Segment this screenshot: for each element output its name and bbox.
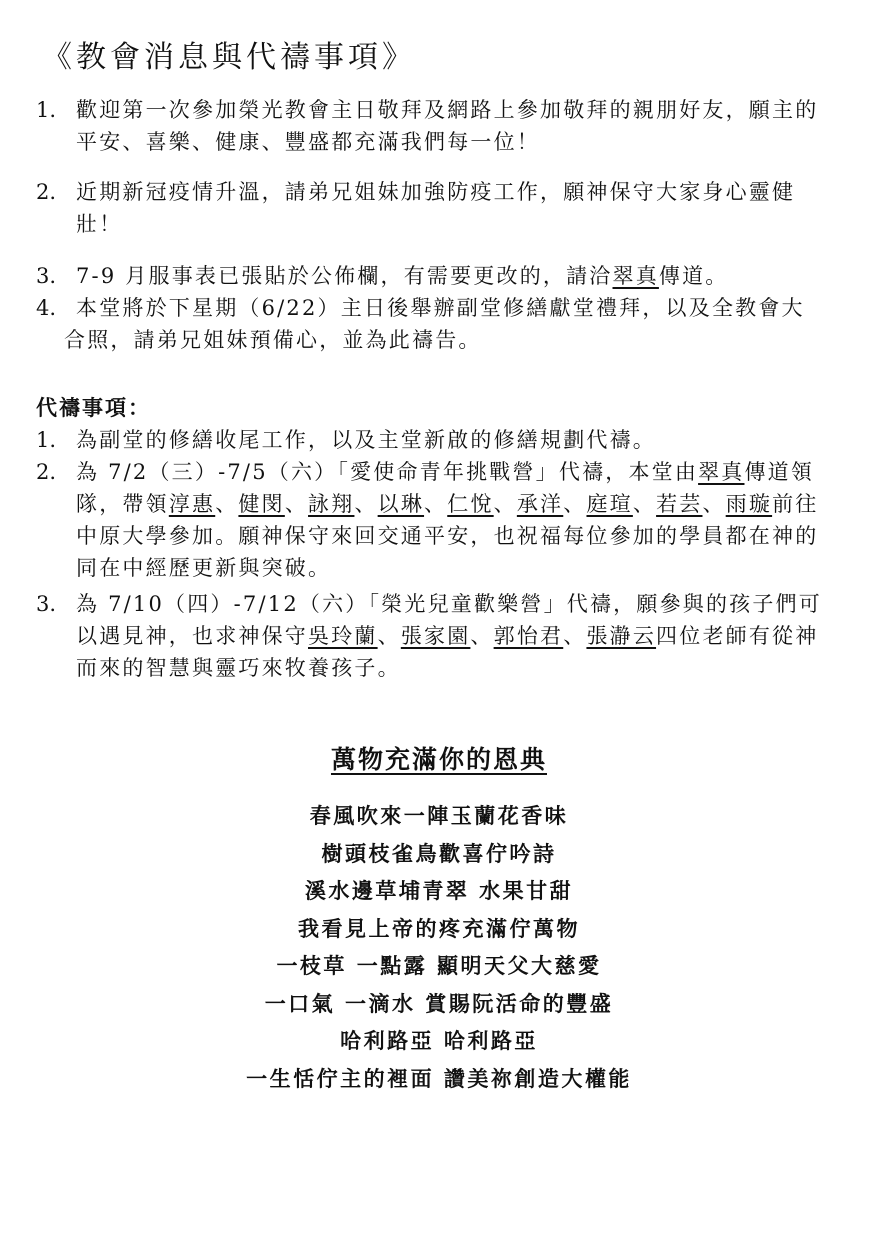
text-segment: 、 bbox=[494, 492, 517, 516]
underlined-name: 健閔 bbox=[238, 492, 284, 516]
underlined-name: 若芸 bbox=[656, 492, 702, 516]
text-segment: 、 bbox=[702, 492, 725, 516]
text-segment: 7-9 月服事表已張貼於公佈欄，有需要更改的，請洽 bbox=[76, 264, 613, 288]
underlined-name: 庭瑄 bbox=[586, 492, 632, 516]
underlined-name: 仁悅 bbox=[447, 492, 493, 516]
announcement-item-2: 2. 近期新冠疫情升溫，請弟兄姐妹加強防疫工作，願神保守大家身心靈健壯！ bbox=[36, 176, 826, 240]
text-segment: 、 bbox=[285, 492, 308, 516]
text-segment: 歡迎第一次參加榮光教會主日敬拜及網路上參加敬拜的親朋好友，願主的平安、喜樂、健康… bbox=[76, 98, 818, 154]
text-segment: 、 bbox=[470, 624, 493, 648]
underlined-name: 以琳 bbox=[378, 492, 424, 516]
item-number: 1. bbox=[36, 94, 74, 126]
page-title: 《教會消息與代禱事項》 bbox=[42, 38, 416, 78]
lyric-line: 我看見上帝的疼充滿佇萬物 bbox=[0, 910, 878, 948]
item-number: 2. bbox=[36, 456, 74, 488]
text-segment: 傳道。 bbox=[659, 264, 729, 288]
underlined-name: 吳玲蘭 bbox=[308, 624, 378, 648]
text-segment: 、 bbox=[215, 492, 238, 516]
item-text: 歡迎第一次參加榮光教會主日敬拜及網路上參加敬拜的親朋好友，願主的平安、喜樂、健康… bbox=[36, 94, 826, 158]
text-segment: 、 bbox=[378, 624, 401, 648]
item-text: 7-9 月服事表已張貼於公佈欄，有需要更改的，請洽翠真傳道。 bbox=[36, 260, 826, 292]
text-segment: 、 bbox=[354, 492, 377, 516]
underlined-name: 張家園 bbox=[401, 624, 471, 648]
announcement-item-3: 3. 7-9 月服事表已張貼於公佈欄，有需要更改的，請洽翠真傳道。 bbox=[36, 260, 826, 292]
prayer-section-heading: 代禱事項： bbox=[36, 392, 151, 424]
underlined-name: 承洋 bbox=[517, 492, 563, 516]
item-text: 為副堂的修繕收尾工作，以及主堂新啟的修繕規劃代禱。 bbox=[36, 424, 826, 456]
text-segment: 、 bbox=[633, 492, 656, 516]
bulletin-page: 《教會消息與代禱事項》 1. 歡迎第一次參加榮光教會主日敬拜及網路上參加敬拜的親… bbox=[0, 0, 878, 1241]
underlined-name: 淳惠 bbox=[169, 492, 215, 516]
announcement-item-4: 4. 本堂將於下星期（6/22）主日後舉辦副堂修繕獻堂禮拜，以及全教會大合照，請… bbox=[36, 292, 826, 356]
item-number: 3. bbox=[36, 260, 74, 292]
item-text: 為 7/2（三）-7/5（六）「愛使命青年挑戰營」代禱，本堂由翠真傳道領隊，帶領… bbox=[36, 456, 826, 584]
item-text: 本堂將於下星期（6/22）主日後舉辦副堂修繕獻堂禮拜，以及全教會大合照，請弟兄姐… bbox=[36, 292, 826, 356]
underlined-name: 張瀞云 bbox=[586, 624, 656, 648]
hymn-title: 萬物充滿你的恩典 bbox=[0, 742, 878, 778]
underlined-name: 雨璇 bbox=[726, 492, 772, 516]
item-text: 為 7/10（四）-7/12（六）「榮光兒童歡樂營」代禱，願參與的孩子們可以遇見… bbox=[36, 588, 826, 684]
lyric-line: 溪水邊草埔青翠 水果甘甜 bbox=[0, 872, 878, 910]
lyric-line: 春風吹來一陣玉蘭花香味 bbox=[0, 797, 878, 835]
text-segment: 為 7/2（三）-7/5（六）「愛使命青年挑戰營」代禱，本堂由 bbox=[76, 460, 698, 484]
underlined-name: 郭怡君 bbox=[494, 624, 564, 648]
item-number: 2. bbox=[36, 176, 74, 208]
hymn-lyrics: 春風吹來一陣玉蘭花香味 樹頭枝雀鳥歡喜佇吟詩 溪水邊草埔青翠 水果甘甜 我看見上… bbox=[0, 797, 878, 1097]
prayer-item-2: 2. 為 7/2（三）-7/5（六）「愛使命青年挑戰營」代禱，本堂由翠真傳道領隊… bbox=[36, 456, 826, 584]
text-segment: 、 bbox=[563, 624, 586, 648]
item-text: 近期新冠疫情升溫，請弟兄姐妹加強防疫工作，願神保守大家身心靈健壯！ bbox=[36, 176, 826, 240]
hymn-title-text: 萬物充滿你的恩典 bbox=[331, 745, 547, 774]
item-number: 1. bbox=[36, 424, 74, 456]
prayer-item-3: 3. 為 7/10（四）-7/12（六）「榮光兒童歡樂營」代禱，願參與的孩子們可… bbox=[36, 588, 826, 684]
text-segment: 、 bbox=[424, 492, 447, 516]
underlined-name: 翠真 bbox=[698, 460, 744, 484]
lyric-line: 哈利路亞 哈利路亞 bbox=[0, 1022, 878, 1060]
text-segment: 近期新冠疫情升溫，請弟兄姐妹加強防疫工作，願神保守大家身心靈健壯！ bbox=[76, 180, 795, 236]
text-segment: 本堂將於下星期（6/22）主日後舉辦副堂修繕獻堂禮拜，以及全教會大合照，請弟兄姐… bbox=[64, 296, 805, 352]
text-segment: 、 bbox=[563, 492, 586, 516]
announcement-item-1: 1. 歡迎第一次參加榮光教會主日敬拜及網路上參加敬拜的親朋好友，願主的平安、喜樂… bbox=[36, 94, 826, 158]
lyric-line: 一枝草 一點露 顯明天父大慈愛 bbox=[0, 947, 878, 985]
item-number: 3. bbox=[36, 588, 74, 620]
text-segment: 為副堂的修繕收尾工作，以及主堂新啟的修繕規劃代禱。 bbox=[76, 428, 656, 452]
item-number: 4. bbox=[36, 292, 74, 324]
lyric-line: 一口氣 一滴水 賞賜阮活命的豐盛 bbox=[0, 985, 878, 1023]
lyric-line: 樹頭枝雀鳥歡喜佇吟詩 bbox=[0, 835, 878, 873]
underlined-name: 詠翔 bbox=[308, 492, 354, 516]
prayer-item-1: 1. 為副堂的修繕收尾工作，以及主堂新啟的修繕規劃代禱。 bbox=[36, 424, 826, 456]
lyric-line: 一生恬佇主的裡面 讚美祢創造大權能 bbox=[0, 1060, 878, 1098]
underlined-name: 翠真 bbox=[613, 264, 659, 288]
